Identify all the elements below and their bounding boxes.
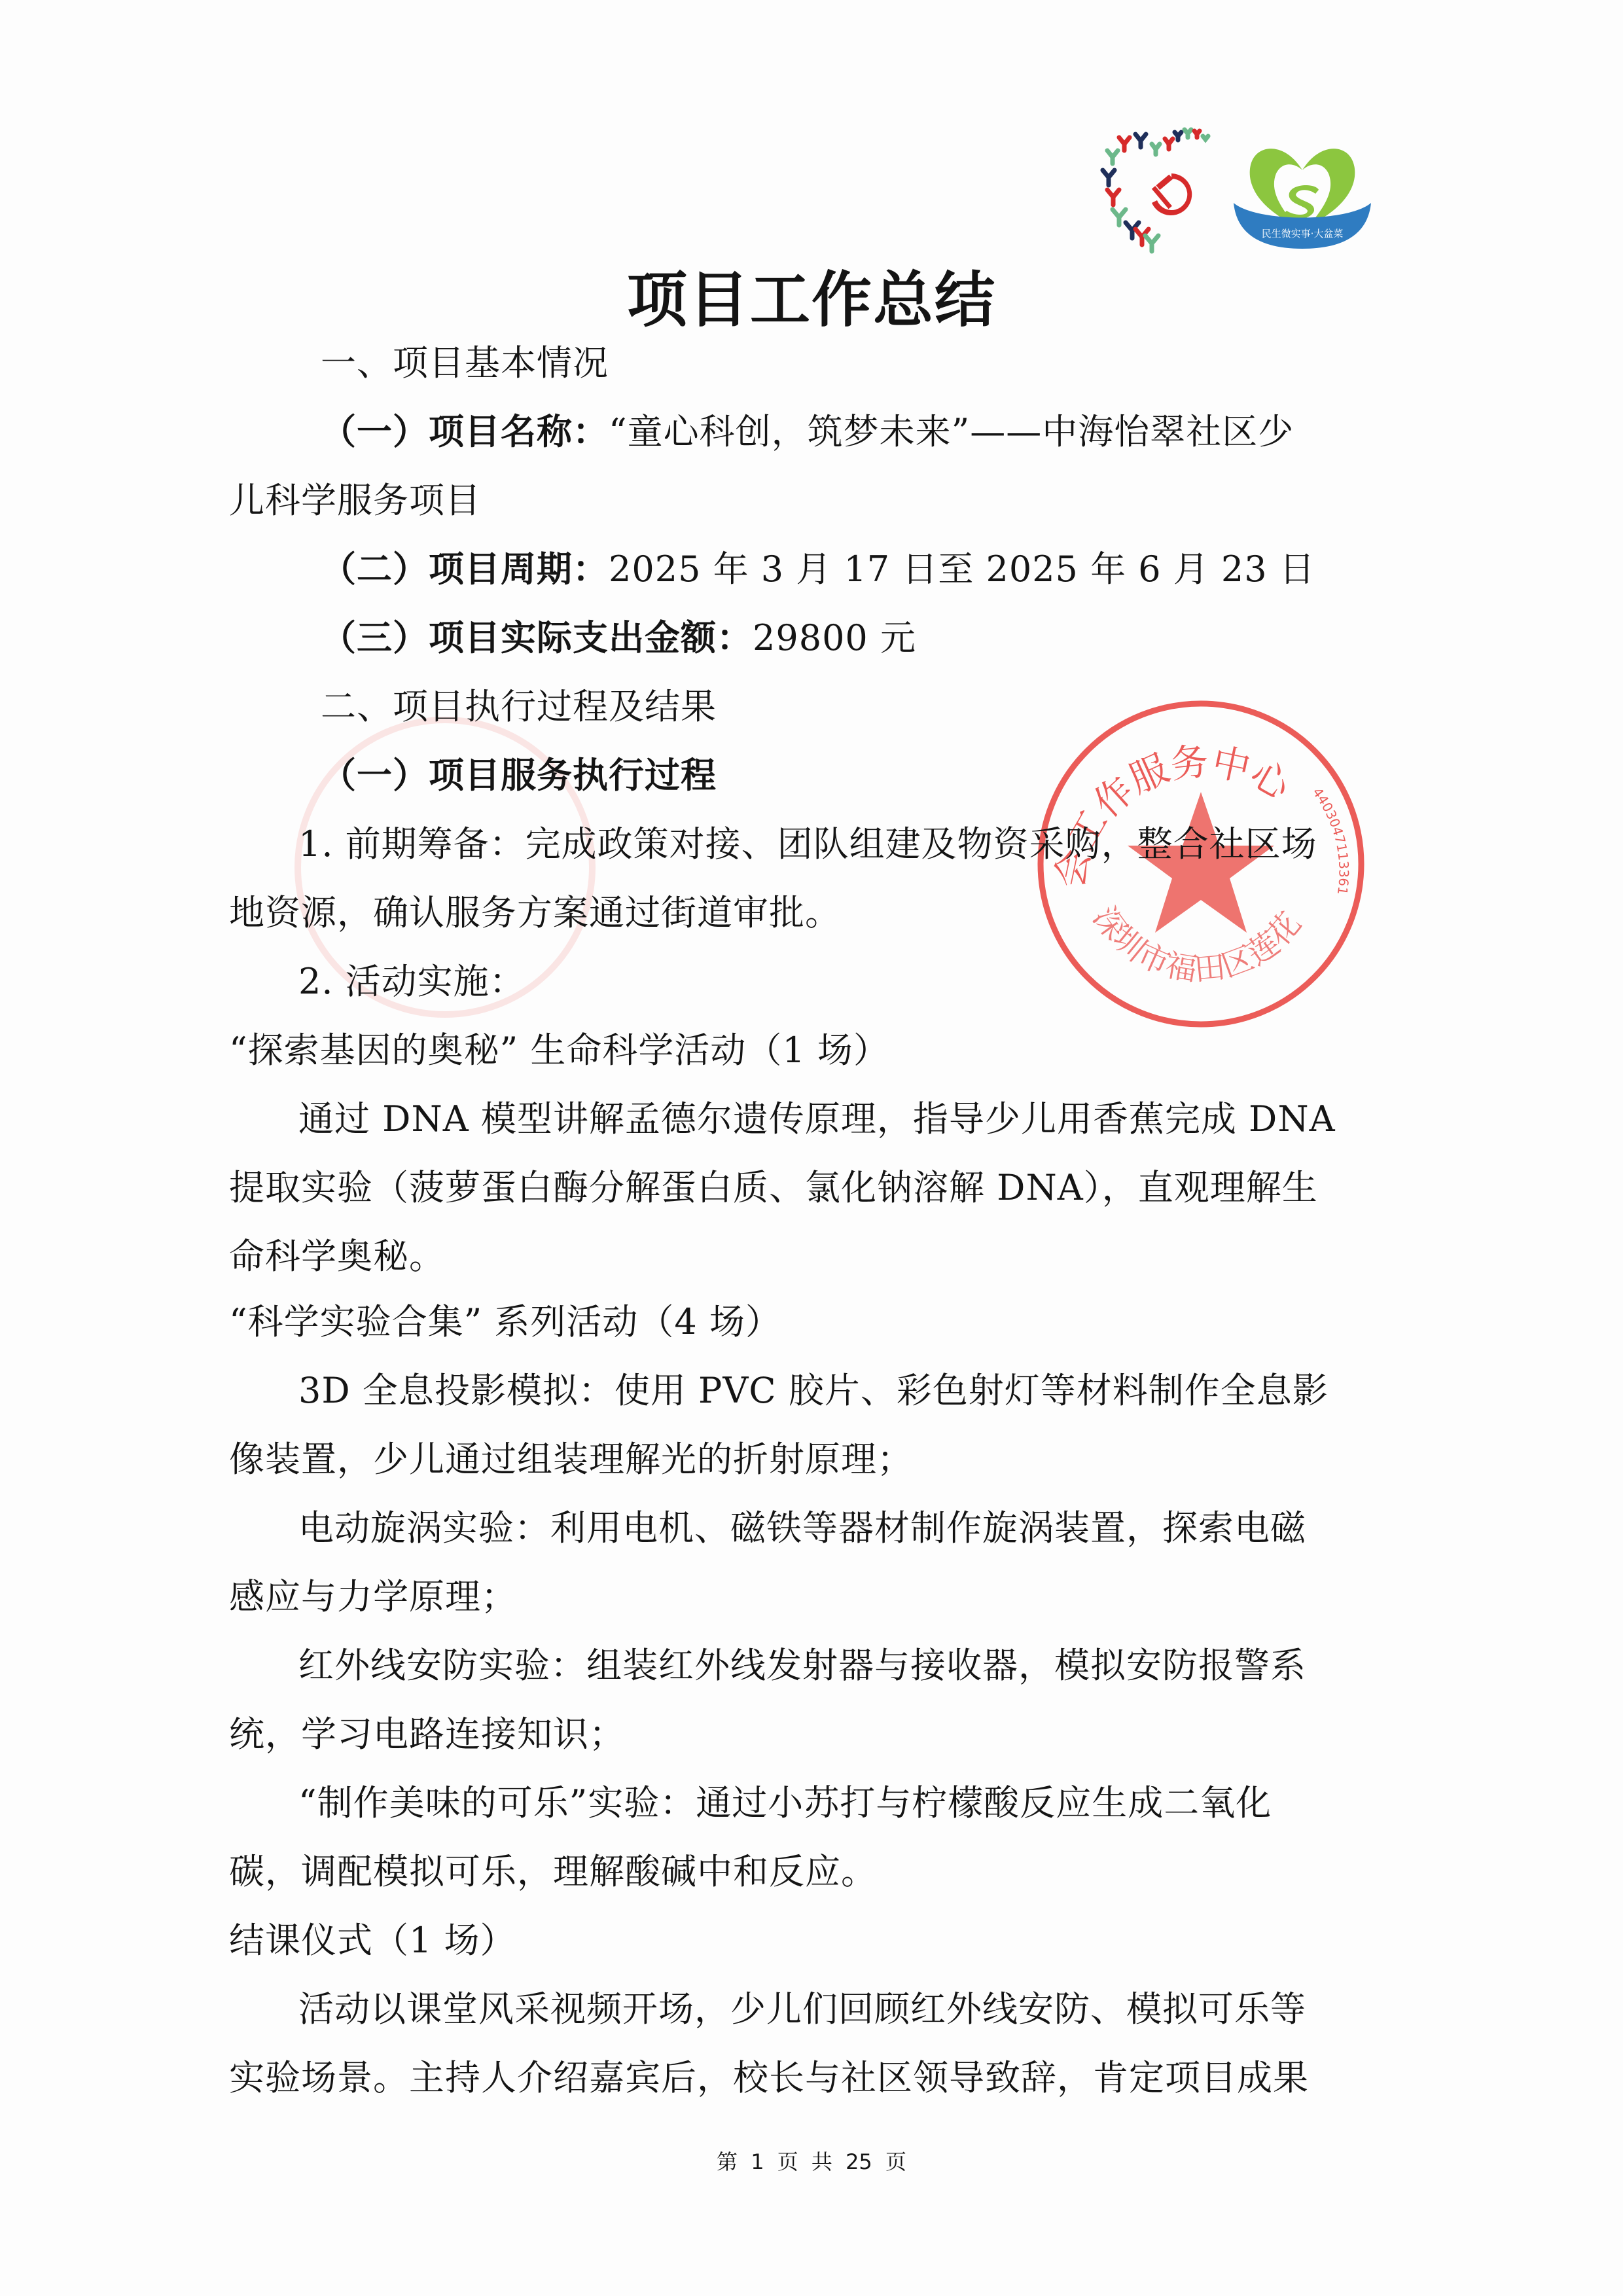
- document-page: 民生微实事·大盆菜 会工作服务中心 深圳市福田区莲花 4403047113361…: [0, 0, 1623, 2296]
- project-period-label: （二）项目周期：: [321, 548, 609, 590]
- activity-text: 命科学奥秘。: [229, 1234, 445, 1280]
- project-name-value: “童心科创，筑梦未来”——中海怡翠社区少: [609, 411, 1294, 452]
- prep-paragraph-line1: 1. 前期筹备：完成政策对接、团队组建及物资采购，整合社区场: [298, 821, 1317, 867]
- experiment-cola: “制作美味的可乐”实验：通过小苏打与柠檬酸反应生成二氧化: [298, 1780, 1272, 1826]
- activity-text: 活动以课堂风采视频开场，少儿们回顾红外线安防、模拟可乐等: [298, 1986, 1306, 2032]
- project-period-row: （二）项目周期：2025 年 3 月 17 日至 2025 年 6 月 23 日: [321, 547, 1315, 592]
- project-name-label: （一）项目名称：: [321, 411, 609, 452]
- activity-title-closing: 结课仪式（1 场）: [229, 1918, 516, 1964]
- header-logos: 民生微实事·大盆菜: [1099, 124, 1414, 255]
- project-expense-label: （三）项目实际支出金额：: [321, 617, 753, 658]
- project-period-value: 2025 年 3 月 17 日至 2025 年 6 月 23 日: [609, 548, 1315, 590]
- svg-text:民生微实事·大盆菜: 民生微实事·大盆菜: [1262, 228, 1344, 240]
- project-name-continued: 儿科学服务项目: [229, 478, 481, 524]
- activity-title-gene: “探索基因的奥秘” 生命科学活动（1 场）: [229, 1028, 889, 1073]
- section-heading-2: 二、项目执行过程及结果: [321, 684, 717, 730]
- page-title: 项目工作总结: [0, 252, 1623, 338]
- implementation-heading: 2. 活动实施：: [298, 959, 526, 1005]
- prep-paragraph-line2: 地资源，确认服务方案通过街道审批。: [229, 890, 841, 936]
- heart-bowl-logo-icon: 民生微实事·大盆菜: [1230, 131, 1374, 252]
- experiment-infrared-cont: 统，学习电路连接知识；: [229, 1712, 625, 1757]
- activity-text: 提取实验（菠萝蛋白酶分解蛋白质、氯化钠溶解 DNA），直观理解生: [229, 1165, 1318, 1211]
- experiment-hologram: 3D 全息投影模拟：使用 PVC 胶片、彩色射灯等材料制作全息影: [298, 1368, 1329, 1414]
- party-emblem-heart-logo-icon: [1099, 124, 1211, 255]
- project-name-row: （一）项目名称：“童心科创，筑梦未来”——中海怡翠社区少: [321, 409, 1294, 455]
- page-number-footer: 第 1 页 共 25 页: [0, 2145, 1623, 2176]
- experiment-cola-cont: 碳，调配模拟可乐，理解酸碱中和反应。: [229, 1849, 877, 1895]
- experiment-hologram-cont: 像装置，少儿通过组装理解光的折射原理；: [229, 1437, 913, 1482]
- svg-text:深圳市福田区莲花: 深圳市福田区莲花: [1086, 900, 1308, 988]
- section-heading-1: 一、项目基本情况: [321, 340, 609, 386]
- experiment-infrared: 红外线安防实验：组装红外线发射器与接收器，模拟安防报警系: [298, 1643, 1306, 1689]
- project-expense-row: （三）项目实际支出金额：29800 元: [321, 615, 916, 661]
- experiment-vortex-cont: 感应与力学原理；: [229, 1574, 517, 1620]
- project-expense-value: 29800 元: [753, 617, 916, 658]
- subsection-heading: （一）项目服务执行过程: [321, 753, 717, 798]
- experiment-vortex: 电动旋涡实验：利用电机、磁铁等器材制作旋涡装置，探索电磁: [298, 1505, 1306, 1551]
- activity-title-experiments: “科学实验合集” 系列活动（4 场）: [229, 1299, 781, 1345]
- activity-text: 实验场景。主持人介绍嘉宾后，校长与社区领导致辞，肯定项目成果: [229, 2055, 1309, 2101]
- svg-text:会工作服务中心: 会工作服务中心: [1047, 739, 1299, 892]
- activity-text: 通过 DNA 模型讲解孟德尔遗传原理，指导少儿用香蕉完成 DNA: [298, 1096, 1336, 1142]
